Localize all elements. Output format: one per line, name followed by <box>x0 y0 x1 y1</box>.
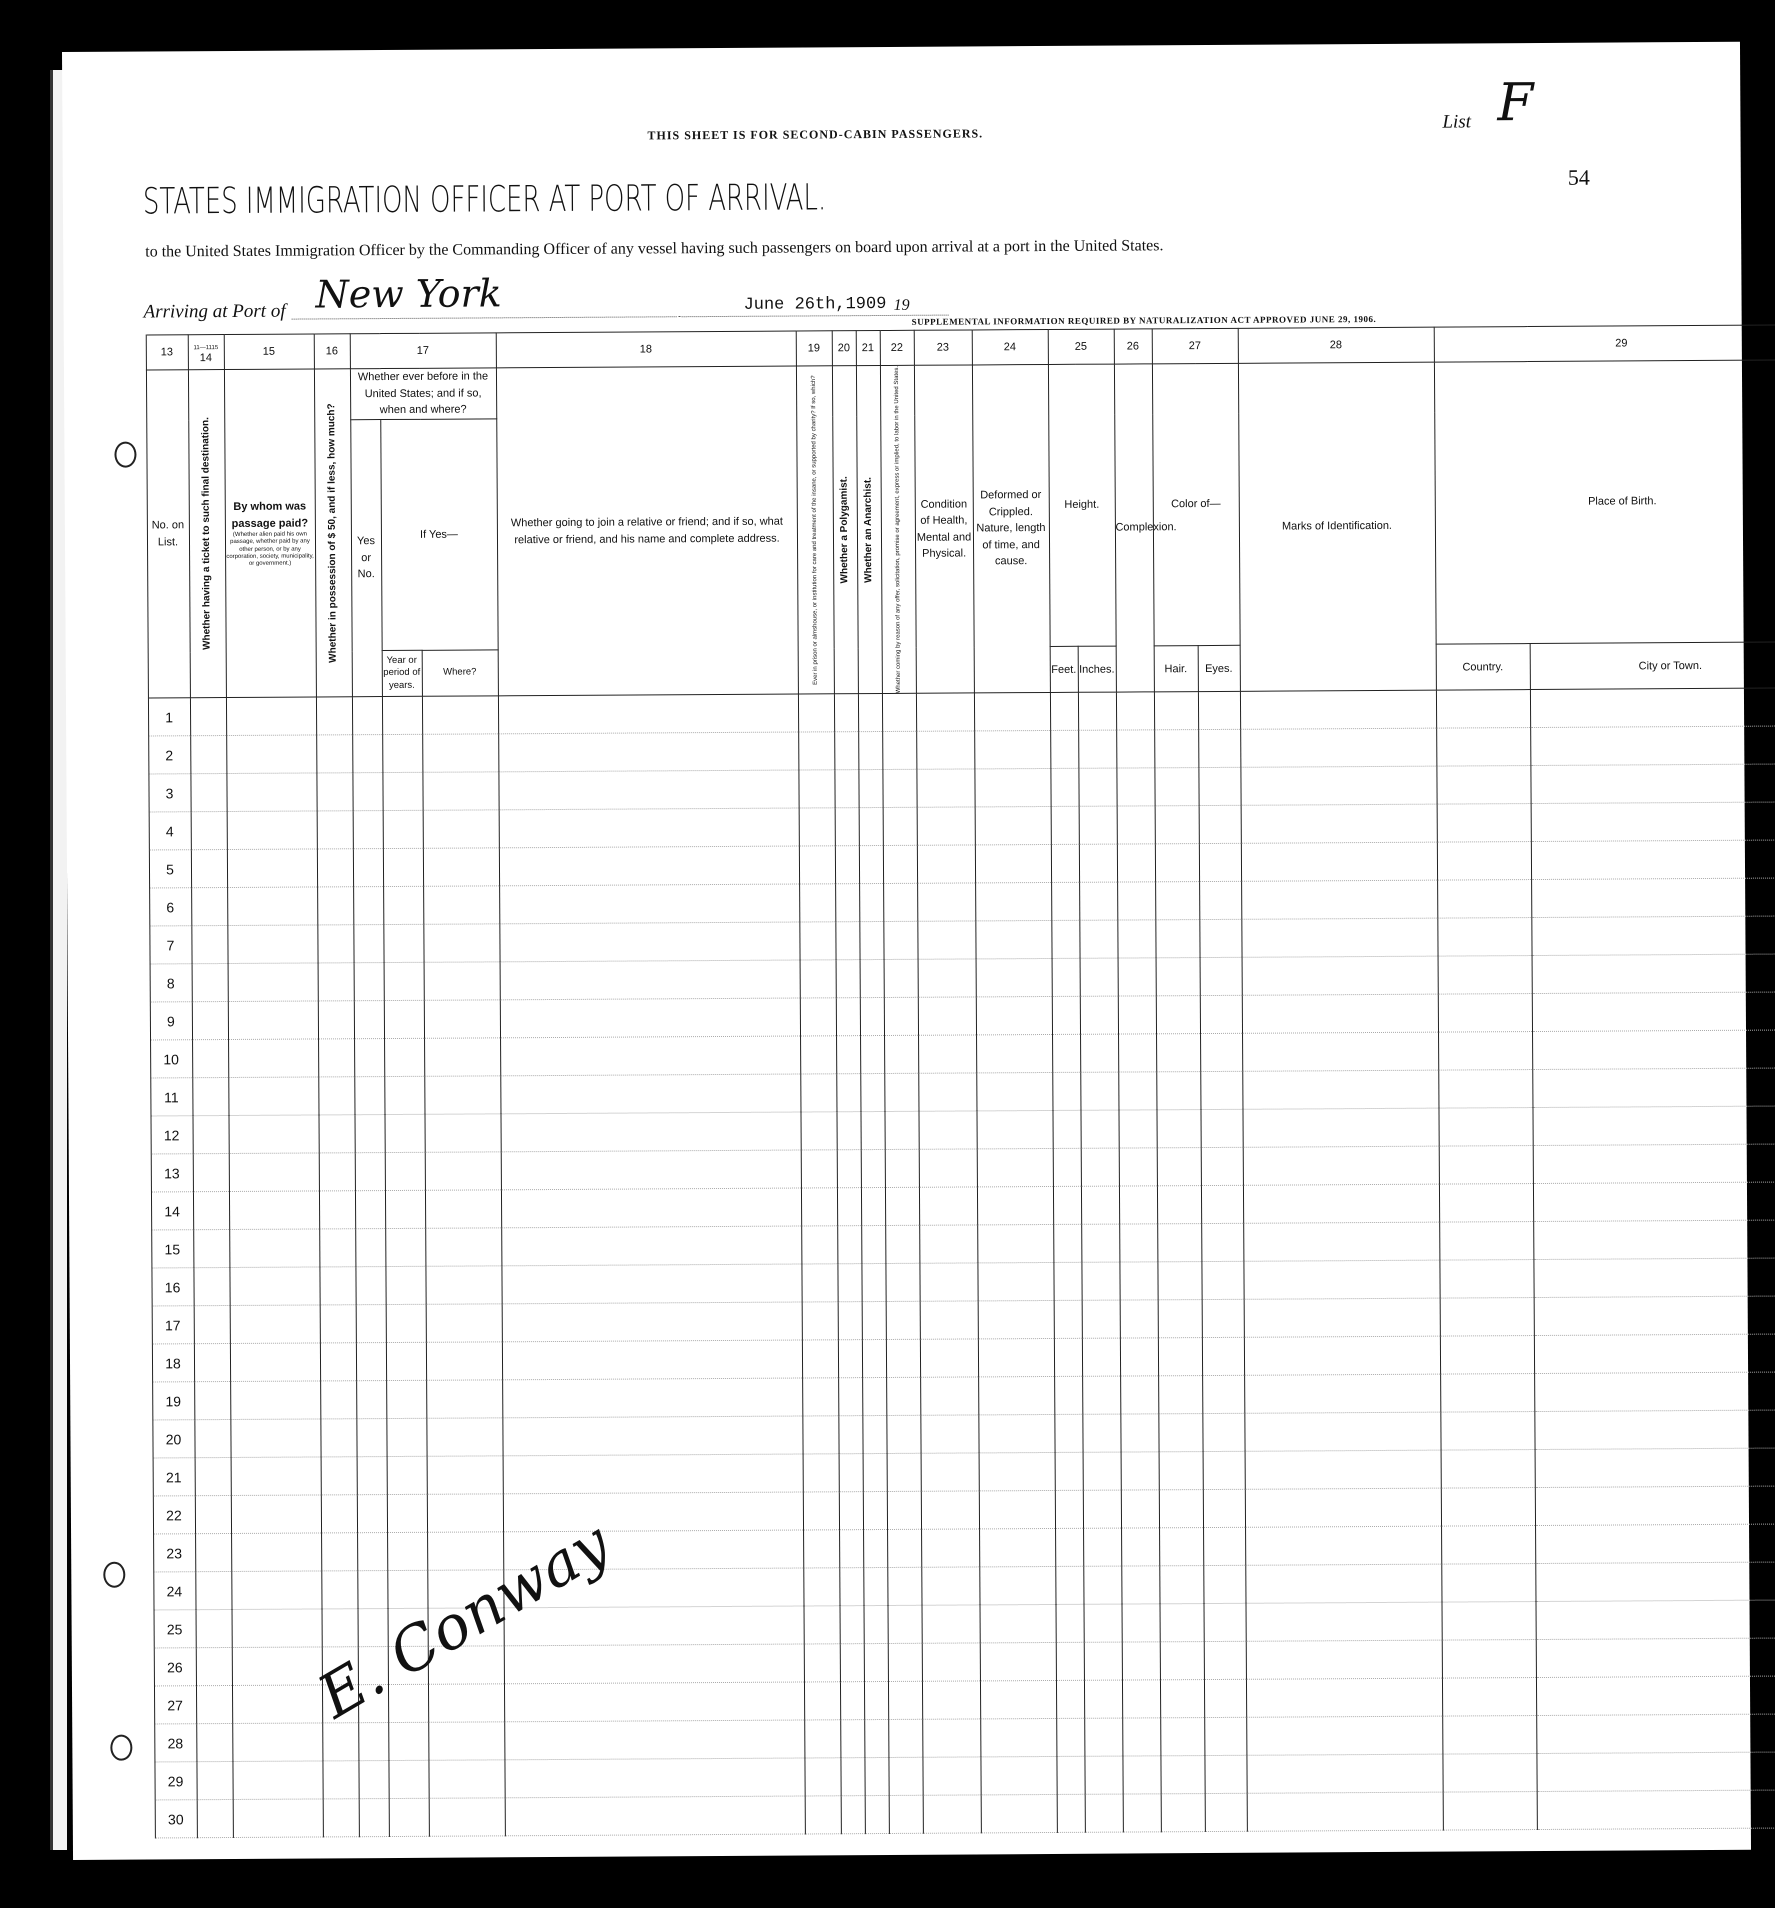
table-cell <box>883 922 917 960</box>
col-25-feet: Feet. <box>1050 647 1078 693</box>
table-cell <box>428 1760 504 1798</box>
table-cell <box>1079 806 1117 844</box>
table-cell <box>979 1567 1055 1605</box>
table-cell <box>1083 1528 1121 1566</box>
table-cell <box>1533 1220 1775 1260</box>
table-cell <box>1157 1224 1201 1262</box>
table-cell <box>1120 1376 1158 1414</box>
table-cell <box>1535 1524 1775 1564</box>
table-cell <box>841 1796 865 1834</box>
table-cell <box>837 1226 861 1264</box>
table-cell <box>861 1112 885 1150</box>
table-cell <box>1201 1148 1243 1186</box>
form-code: 11—1115 <box>193 345 218 351</box>
table-cell <box>1121 1452 1159 1490</box>
table-cell <box>423 810 499 848</box>
table-cell <box>840 1644 864 1682</box>
page-subtitle: to the United States Immigration Officer… <box>145 237 1163 261</box>
table-cell <box>884 960 918 998</box>
table-cell <box>1159 1490 1203 1528</box>
table-cell <box>1052 997 1080 1035</box>
table-cell <box>321 1495 357 1533</box>
table-cell <box>1536 1638 1775 1678</box>
table-cell <box>227 887 317 926</box>
table-cell <box>1117 882 1155 920</box>
table-cell <box>359 1799 389 1837</box>
row-number: 3 <box>148 774 190 812</box>
table-cell <box>1536 1600 1775 1640</box>
col-27-header: Color of— <box>1152 363 1240 646</box>
table-cell <box>1117 806 1155 844</box>
col-29-number: 29 <box>1434 325 1775 362</box>
table-cell <box>386 1419 426 1457</box>
table-cell <box>386 1305 426 1343</box>
table-cell <box>1240 729 1436 768</box>
table-cell <box>1244 1374 1440 1413</box>
table-cell <box>1082 1338 1120 1376</box>
table-cell <box>1244 1412 1440 1451</box>
table-cell <box>922 1757 980 1795</box>
table-cell <box>885 1226 919 1264</box>
table-cell <box>860 960 884 998</box>
table-cell <box>860 1074 884 1112</box>
table-cell <box>385 1153 425 1191</box>
table-cell <box>923 1795 981 1833</box>
table-cell <box>356 1381 386 1419</box>
table-cell <box>1082 1300 1120 1338</box>
table-cell <box>384 963 424 1001</box>
table-cell <box>837 1112 861 1150</box>
table-cell <box>887 1454 921 1492</box>
col-27-hair: Hair. <box>1154 646 1198 692</box>
table-cell <box>1081 1148 1119 1186</box>
table-cell <box>1122 1642 1160 1680</box>
table-cell <box>1437 804 1531 843</box>
table-cell <box>1160 1756 1204 1794</box>
table-cell <box>498 694 798 734</box>
col-28-number: 28 <box>1238 327 1434 363</box>
table-cell <box>917 883 975 921</box>
table-cell <box>352 735 382 773</box>
table-cell <box>835 884 859 922</box>
table-cell <box>192 1002 228 1040</box>
table-cell <box>1441 1450 1535 1489</box>
table-cell <box>192 964 228 1002</box>
table-cell <box>836 998 860 1036</box>
row-number: 23 <box>153 1534 195 1572</box>
col-27-number: 27 <box>1152 328 1238 364</box>
table-cell <box>425 1190 501 1228</box>
row-number: 14 <box>151 1192 193 1230</box>
table-cell <box>839 1454 863 1492</box>
table-cell <box>1158 1376 1202 1414</box>
table-cell <box>232 1609 322 1648</box>
table-cell <box>918 959 976 997</box>
table-cell <box>1120 1414 1158 1452</box>
table-cell <box>858 770 882 808</box>
sheet-note: THIS SHEET IS FOR SECOND-CABIN PASSENGER… <box>647 126 983 143</box>
table-cell <box>978 1415 1054 1453</box>
table-cell <box>799 846 835 884</box>
table-cell <box>1054 1301 1082 1339</box>
table-cell <box>1122 1718 1160 1756</box>
table-cell <box>834 770 858 808</box>
table-cell <box>1532 1030 1775 1070</box>
table-cell <box>1438 956 1532 995</box>
table-cell <box>422 696 498 734</box>
table-cell <box>1056 1719 1084 1757</box>
table-cell <box>356 1343 386 1381</box>
table-cell <box>1051 883 1079 921</box>
date-suffix: 19 <box>894 297 910 315</box>
table-cell <box>230 1343 320 1382</box>
table-cell <box>801 1226 837 1264</box>
table-cell <box>883 808 917 846</box>
table-cell <box>385 1191 425 1229</box>
table-cell <box>1118 958 1156 996</box>
table-cell <box>193 1230 229 1268</box>
col-13-number: 13 <box>146 335 188 370</box>
table-cell <box>428 1684 504 1722</box>
col-23-number: 23 <box>914 330 972 365</box>
table-cell <box>1081 1186 1119 1224</box>
table-cell <box>975 921 1051 959</box>
table-cell <box>316 735 352 773</box>
table-cell <box>1531 840 1775 880</box>
table-cell <box>1079 920 1117 958</box>
table-cell <box>1442 1754 1536 1793</box>
table-cell <box>1154 768 1198 806</box>
col-18-header: Whether going to join a relative or frie… <box>496 366 798 696</box>
table-cell <box>383 849 423 887</box>
table-cell <box>864 1644 888 1682</box>
table-cell <box>1117 920 1155 958</box>
table-cell <box>839 1492 863 1530</box>
table-cell <box>803 1454 839 1492</box>
list-label: List <box>1442 111 1471 133</box>
table-cell <box>884 1036 918 1074</box>
table-cell <box>357 1571 387 1609</box>
table-cell <box>1439 1184 1533 1223</box>
table-cell <box>976 1073 1052 1111</box>
table-cell <box>1052 959 1080 997</box>
table-cell <box>383 887 423 925</box>
table-cell <box>1053 1149 1081 1187</box>
table-cell <box>1085 1794 1123 1832</box>
table-cell <box>1159 1566 1203 1604</box>
table-cell <box>1158 1414 1202 1452</box>
row-number: 13 <box>151 1154 193 1192</box>
table-cell <box>1241 805 1437 844</box>
table-cell <box>196 1610 232 1648</box>
table-cell <box>1159 1528 1203 1566</box>
table-cell <box>1240 691 1436 730</box>
table-cell <box>1200 958 1242 996</box>
table-cell <box>233 1799 323 1838</box>
table-cell <box>864 1758 888 1796</box>
table-cell <box>1530 764 1775 804</box>
table-cell <box>355 1191 385 1229</box>
table-cell <box>504 1606 804 1646</box>
table-cell <box>227 849 317 888</box>
table-cell <box>1443 1792 1537 1831</box>
table-cell <box>1436 690 1530 729</box>
table-cell <box>499 922 799 962</box>
table-cell <box>1203 1528 1245 1566</box>
col-26-header: Complexion. <box>1114 364 1154 693</box>
table-cell <box>1246 1678 1442 1717</box>
table-cell <box>1530 688 1775 728</box>
table-cell <box>197 1800 233 1838</box>
col-15-number: 15 <box>224 334 314 370</box>
col-17-if-yes: If Yes— <box>380 418 497 651</box>
row-number: 11 <box>150 1078 192 1116</box>
table-cell <box>318 963 354 1001</box>
table-cell <box>863 1492 887 1530</box>
table-cell <box>1080 1034 1118 1072</box>
table-cell <box>1155 844 1199 882</box>
table-cell <box>226 697 316 736</box>
table-cell <box>232 1647 322 1686</box>
table-cell <box>1082 1414 1120 1452</box>
table-cell <box>977 1187 1053 1225</box>
table-cell <box>317 887 353 925</box>
table-cell <box>230 1381 320 1420</box>
table-cell <box>1157 1262 1201 1300</box>
table-cell <box>800 998 836 1036</box>
table-cell <box>1533 1258 1775 1298</box>
table-cell <box>500 960 800 1000</box>
row-number: 5 <box>149 850 191 888</box>
table-cell <box>195 1458 231 1496</box>
table-cell <box>319 1267 355 1305</box>
table-cell <box>1205 1794 1247 1832</box>
table-cell <box>1116 768 1154 806</box>
col-24-number: 24 <box>972 329 1048 364</box>
table-cell <box>501 1264 801 1304</box>
table-cell <box>980 1605 1056 1643</box>
table-cell <box>836 960 860 998</box>
table-cell <box>889 1796 923 1834</box>
table-cell <box>1204 1718 1246 1756</box>
table-cell <box>888 1682 922 1720</box>
table-cell <box>883 846 917 884</box>
table-cell <box>1083 1566 1121 1604</box>
table-cell <box>1160 1604 1204 1642</box>
table-cell <box>975 883 1051 921</box>
table-cell <box>499 846 799 886</box>
table-cell <box>1245 1526 1441 1565</box>
table-cell <box>1051 921 1079 959</box>
table-cell <box>358 1761 388 1799</box>
table-cell <box>882 732 916 770</box>
table-cell <box>1198 768 1240 806</box>
table-cell <box>834 694 858 732</box>
table-cell <box>1535 1448 1775 1488</box>
col-13-header: No. on List. <box>146 370 190 699</box>
col-19-number: 19 <box>796 331 832 366</box>
table-cell <box>426 1380 502 1418</box>
table-cell <box>1055 1491 1083 1529</box>
table-cell <box>321 1571 357 1609</box>
col-25-number: 25 <box>1048 329 1114 364</box>
table-cell <box>1241 843 1437 882</box>
table-cell <box>802 1302 838 1340</box>
table-cell <box>1199 882 1241 920</box>
table-cell <box>862 1416 886 1454</box>
table-cell <box>427 1456 503 1494</box>
row-number: 4 <box>149 812 191 850</box>
table-cell <box>1439 1260 1533 1299</box>
table-cell <box>499 808 799 848</box>
table-cell <box>195 1496 231 1534</box>
table-cell <box>355 1229 385 1267</box>
table-cell <box>1532 992 1775 1032</box>
table-cell <box>919 1225 977 1263</box>
table-cell <box>917 807 975 845</box>
table-cell <box>1156 996 1200 1034</box>
table-cell <box>357 1457 387 1495</box>
table-cell <box>888 1606 922 1644</box>
table-cell <box>427 1494 503 1532</box>
table-cell <box>1534 1334 1775 1374</box>
table-cell <box>835 808 859 846</box>
table-cell <box>1056 1757 1084 1795</box>
table-cell <box>1442 1602 1536 1641</box>
table-cell <box>921 1529 979 1567</box>
table-cell <box>1442 1678 1536 1717</box>
table-cell <box>1053 1225 1081 1263</box>
table-cell <box>837 1264 861 1302</box>
table-cell <box>1057 1795 1085 1833</box>
table-cell <box>1440 1412 1534 1451</box>
table-cell <box>800 960 836 998</box>
table-cell <box>384 1001 424 1039</box>
table-cell <box>921 1453 979 1491</box>
table-cell <box>1052 1035 1080 1073</box>
table-cell <box>804 1606 840 1644</box>
table-cell <box>1203 1452 1245 1490</box>
table-cell <box>504 1682 804 1722</box>
col-19-header: Ever in prison or almshouse, or institut… <box>796 366 834 695</box>
table-cell <box>1198 730 1240 768</box>
row-number: 20 <box>152 1420 194 1458</box>
table-cell <box>803 1530 839 1568</box>
table-cell <box>918 1073 976 1111</box>
table-cell <box>1243 1260 1439 1299</box>
table-cell <box>502 1340 802 1380</box>
table-cell <box>195 1572 231 1610</box>
table-cell <box>1438 1032 1532 1071</box>
table-cell <box>1537 1790 1775 1830</box>
date-field-line <box>679 315 949 318</box>
table-cell <box>1160 1680 1204 1718</box>
table-cell <box>1534 1410 1775 1450</box>
table-cell <box>1158 1338 1202 1376</box>
table-cell <box>1243 1185 1439 1224</box>
table-cell <box>322 1609 358 1647</box>
col-17-number: 17 <box>350 333 496 369</box>
table-cell <box>354 1039 384 1077</box>
table-cell <box>1204 1756 1246 1794</box>
list-value: F <box>1497 73 1533 133</box>
table-cell <box>1247 1792 1443 1831</box>
table-cell <box>354 1077 384 1115</box>
table-cell <box>1246 1716 1442 1755</box>
table-cell <box>1079 882 1117 920</box>
table-cell <box>1078 768 1116 806</box>
row-number: 17 <box>152 1306 194 1344</box>
table-cell <box>836 1074 860 1112</box>
table-cell <box>922 1719 980 1757</box>
table-cell <box>840 1606 864 1644</box>
table-cell <box>318 1077 354 1115</box>
table-cell <box>916 769 974 807</box>
table-cell <box>1440 1298 1534 1337</box>
table-cell <box>319 1229 355 1267</box>
table-cell <box>1084 1680 1122 1718</box>
row-number: 26 <box>154 1648 196 1686</box>
table-cell <box>229 1229 319 1268</box>
table-cell <box>862 1378 886 1416</box>
table-cell <box>1241 919 1437 958</box>
table-cell <box>1055 1567 1083 1605</box>
table-cell <box>229 1153 319 1192</box>
table-cell <box>978 1339 1054 1377</box>
table-cell <box>887 1530 921 1568</box>
table-cell <box>500 1074 800 1114</box>
table-cell <box>353 887 383 925</box>
row-number: 24 <box>153 1572 195 1610</box>
table-cell <box>229 1115 319 1154</box>
table-cell <box>1201 1262 1243 1300</box>
table-cell <box>1081 1110 1119 1148</box>
table-cell <box>1202 1338 1244 1376</box>
table-cell <box>1244 1298 1440 1337</box>
table-cell <box>859 884 883 922</box>
table-cell <box>382 735 422 773</box>
table-cell <box>1533 1144 1775 1184</box>
table-cell <box>799 922 835 960</box>
table-cell <box>1158 1300 1202 1338</box>
table-cell <box>1531 878 1775 918</box>
table-cell <box>976 1035 1052 1073</box>
table-cell <box>229 1267 319 1306</box>
table-cell <box>803 1568 839 1606</box>
table-cell <box>426 1342 502 1380</box>
table-cell <box>1246 1754 1442 1793</box>
table-cell <box>921 1567 979 1605</box>
table-cell <box>1203 1490 1245 1528</box>
table-cell <box>1051 807 1079 845</box>
table-cell <box>1054 1415 1082 1453</box>
table-cell <box>864 1682 888 1720</box>
table-cell <box>317 849 353 887</box>
row-number: 6 <box>149 888 191 926</box>
table-cell <box>980 1757 1056 1795</box>
table-cell <box>1441 1526 1535 1565</box>
col-21-number: 21 <box>856 331 880 366</box>
row-number: 21 <box>153 1458 195 1496</box>
table-cell <box>864 1720 888 1758</box>
table-cell <box>1156 958 1200 996</box>
table-cell <box>429 1798 505 1836</box>
col-14-number: 11—111514 <box>188 335 224 370</box>
table-cell <box>861 1226 885 1264</box>
table-cell <box>196 1724 232 1762</box>
row-number: 12 <box>151 1116 193 1154</box>
table-cell <box>1156 1034 1200 1072</box>
